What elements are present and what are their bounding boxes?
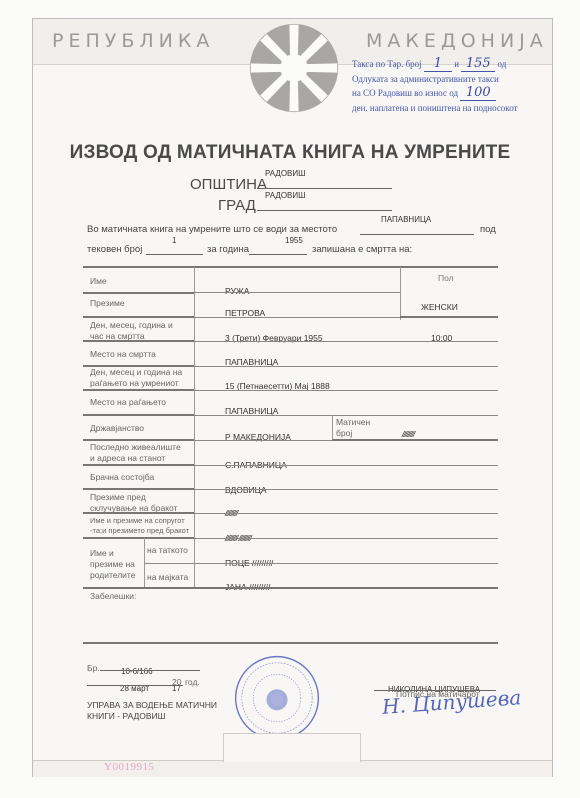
row-divider	[83, 414, 194, 416]
birth-place-label: Место на раѓањето	[90, 397, 166, 408]
surname-label: Презиме	[90, 298, 125, 309]
intro-text-1: Во матичната книга на умрените што се во…	[87, 224, 337, 235]
row-divider	[194, 489, 498, 490]
row-divider	[83, 292, 194, 294]
maiden-name-label: Презиме предсклучување на бракот	[90, 492, 177, 514]
row-divider	[194, 366, 498, 367]
item-number: 155	[466, 56, 491, 71]
year-suffix-line	[165, 685, 183, 686]
row-divider	[194, 317, 400, 318]
issuing-office: УПРАВА ЗА ВОДЕЊЕ МАТИЧНИКНИГИ - РАДОВИШ	[87, 700, 217, 722]
reference-value: 10-6/166	[121, 667, 153, 676]
document-title: ИЗВОД ОД МАТИЧНАТА КНИГА НА УМРЕНИТЕ	[0, 142, 580, 164]
municipality-value: РАДОВИШ	[265, 169, 305, 178]
mother-label: на мајката	[147, 572, 188, 583]
tax-line3-prefix: на СО Радовиш во износ од	[352, 88, 458, 98]
reference-label: Бр.	[87, 663, 100, 673]
row-divider	[83, 439, 194, 441]
last-residence-label: Последно живеалиштеи адреса на станот	[90, 442, 181, 464]
name-label: Име	[90, 276, 107, 287]
row-divider	[83, 464, 194, 466]
row-divider	[400, 316, 498, 318]
header-macedonia: МАКЕДОНИЈА	[366, 30, 548, 52]
reference-line	[100, 670, 200, 671]
bottom-notch	[223, 733, 361, 762]
father-label: на таткото	[147, 545, 188, 556]
tax-line1-prefix: Такса по Тар. број	[352, 59, 422, 69]
row-divider	[83, 389, 194, 391]
year-line	[249, 254, 307, 255]
id-number-label: Матиченброј	[336, 417, 370, 439]
tax-amount: 100	[466, 85, 491, 100]
death-datetime-label: Ден, месец, година ичас на смртта	[90, 320, 173, 342]
marital-status-value: ВДОВИЦА	[225, 485, 267, 495]
intro-text-1-end: под	[480, 224, 496, 235]
row-divider	[194, 292, 400, 293]
id-number-divider	[332, 415, 333, 440]
sun-emblem-icon	[248, 22, 340, 114]
place-line	[360, 234, 474, 235]
notes-bottom-border	[83, 642, 498, 644]
notes-label: Забелешки:	[90, 591, 136, 602]
table-top-border	[83, 266, 498, 268]
tax-stamp: Такса по Тар. број 1 и 155 од Одлуката з…	[352, 57, 552, 115]
header-republic: РЕПУБЛИКА	[52, 30, 214, 52]
sex-column-divider	[400, 267, 401, 320]
place-value: ПАПАВНИЦА	[381, 215, 431, 224]
row-divider	[83, 512, 194, 514]
row-divider	[144, 563, 498, 564]
city-label: ГРАД	[218, 197, 256, 214]
table-bottom-border	[83, 587, 498, 589]
row-divider	[83, 537, 194, 539]
year-label: год.	[185, 677, 200, 687]
row-divider	[194, 513, 498, 514]
row-divider	[194, 538, 498, 539]
tax-line4: ден. наплатена и поништена на подносокот	[352, 101, 552, 115]
row-divider	[332, 439, 498, 441]
issue-date-line	[87, 685, 170, 686]
serial-number: Y0019915	[104, 761, 154, 773]
row-divider	[83, 316, 194, 318]
current-number: 1	[172, 236, 176, 245]
row-divider	[194, 390, 498, 391]
spouse-label: Име и презиме на сопругот-та;и презимето…	[90, 516, 189, 536]
row-divider	[194, 341, 498, 342]
parents-label: Име ипрезиме народителите	[90, 548, 135, 581]
id-number-value: /////////	[402, 429, 414, 439]
tax-line1-mid: и	[454, 59, 459, 69]
city-line	[257, 210, 392, 211]
intro-text-2a: тековен број	[87, 244, 142, 255]
sex-label: Пол	[438, 273, 454, 283]
row-divider	[194, 440, 332, 441]
name-value: РУЖА	[225, 286, 249, 296]
year-value: 1955	[285, 236, 303, 245]
tariff-number: 1	[434, 56, 442, 71]
sex-value: ЖЕНСКИ	[421, 302, 458, 312]
row-divider	[83, 340, 194, 342]
row-divider	[83, 488, 194, 490]
marital-status-label: Брачна состојба	[90, 472, 154, 483]
table-column-divider	[194, 267, 195, 587]
intro-text-2c: запишана е смртта на:	[312, 244, 412, 255]
official-seal-icon	[233, 654, 321, 742]
row-divider	[194, 465, 498, 466]
intro-text-2b: за година	[207, 244, 249, 255]
municipality-line	[257, 188, 392, 189]
municipality-label: ОПШТИНА	[190, 176, 267, 193]
birth-date-label: Ден, месец и година нараѓањето на умрени…	[90, 367, 182, 389]
city-value: РАДОВИШ	[265, 191, 305, 200]
citizenship-label: Државјанство	[90, 423, 144, 434]
row-divider	[194, 415, 498, 416]
death-place-label: Место на смртта	[90, 349, 156, 360]
current-number-line	[146, 254, 203, 255]
tax-line1-suffix: од	[498, 59, 507, 69]
tax-line2: Одлуката за административните такси	[352, 72, 552, 86]
